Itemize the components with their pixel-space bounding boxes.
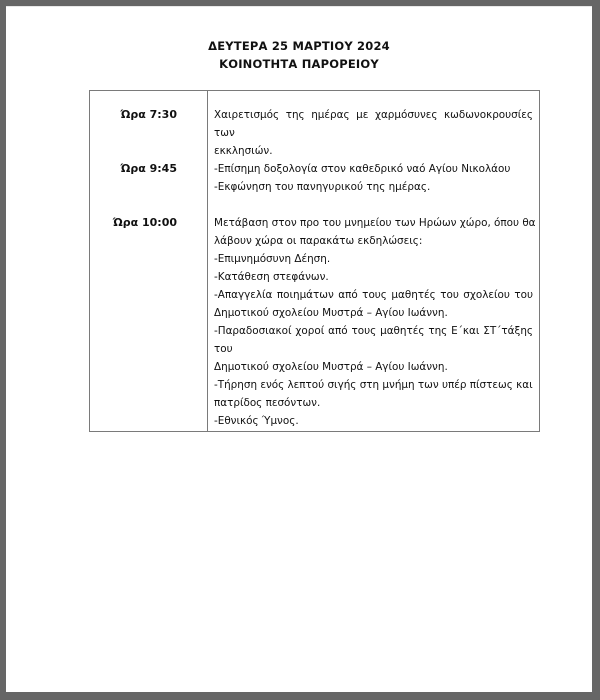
community-title: ΚΟΙΝΟΤΗΤΑ ΠΑΡΟΡΕΙΟΥ [6, 55, 592, 73]
description-column: Χαιρετισμός της ημέρας με χαρμόσυνες κωδ… [208, 91, 539, 431]
entry-line: -Εκφώνηση του πανηγυρικού της ημέρας. [214, 178, 533, 196]
document-page: ΔΕΥΤΕΡΑ 25 ΜΑΡΤΙΟΥ 2024 ΚΟΙΝΟΤΗΤΑ ΠΑΡΟΡΕ… [6, 6, 592, 692]
schedule-entry: -Επίσημη δοξολογία στον καθεδρικό ναό Αγ… [214, 160, 533, 196]
schedule-entry: Μετάβαση στον προ του μνημείου των Ηρώων… [214, 214, 533, 430]
time-cell: Ώρα 10:00 [113, 216, 177, 229]
entry-line: εκκλησιών. [214, 142, 533, 160]
event-date-title: ΔΕΥΤΕΡΑ 25 ΜΑΡΤΙΟΥ 2024 [6, 37, 592, 55]
entry-line: -Κατάθεση στεφάνων. [214, 268, 533, 286]
schedule-entry: Χαιρετισμός της ημέρας με χαρμόσυνες κωδ… [214, 106, 533, 160]
entry-line: λάβουν χώρα οι παρακάτω εκδηλώσεις: [214, 232, 533, 250]
time-column: Ώρα 7:30 Ώρα 9:45 Ώρα 10:00 [90, 91, 208, 431]
schedule-table: Ώρα 7:30 Ώρα 9:45 Ώρα 10:00 Χαιρετισμός … [89, 90, 540, 432]
entry-line: Μετάβαση στον προ του μνημείου των Ηρώων… [214, 214, 533, 232]
document-header: ΔΕΥΤΕΡΑ 25 ΜΑΡΤΙΟΥ 2024 ΚΟΙΝΟΤΗΤΑ ΠΑΡΟΡΕ… [6, 37, 592, 73]
entry-line: -Τήρηση ενός λεπτού σιγής στη μνήμη των … [214, 376, 533, 394]
entry-line: -Παραδοσιακοί χοροί από τους μαθητές της… [214, 322, 533, 358]
entry-line: Χαιρετισμός της ημέρας με χαρμόσυνες κωδ… [214, 106, 533, 142]
entry-line: πατρίδος πεσόντων. [214, 394, 533, 412]
entry-line: -Επιμνημόσυνη Δέηση. [214, 250, 533, 268]
entry-line: Δημοτικού σχολείου Μυστρά – Αγίου Ιωάννη… [214, 304, 533, 322]
entry-line: -Επίσημη δοξολογία στον καθεδρικό ναό Αγ… [214, 160, 533, 178]
entry-line: -Απαγγελία ποιημάτων από τους μαθητές το… [214, 286, 533, 304]
entry-line: Δημοτικού σχολείου Μυστρά – Αγίου Ιωάννη… [214, 358, 533, 376]
time-cell: Ώρα 9:45 [121, 162, 177, 175]
time-cell: Ώρα 7:30 [121, 108, 177, 121]
entry-line: -Εθνικός Ύμνος. [214, 412, 533, 430]
